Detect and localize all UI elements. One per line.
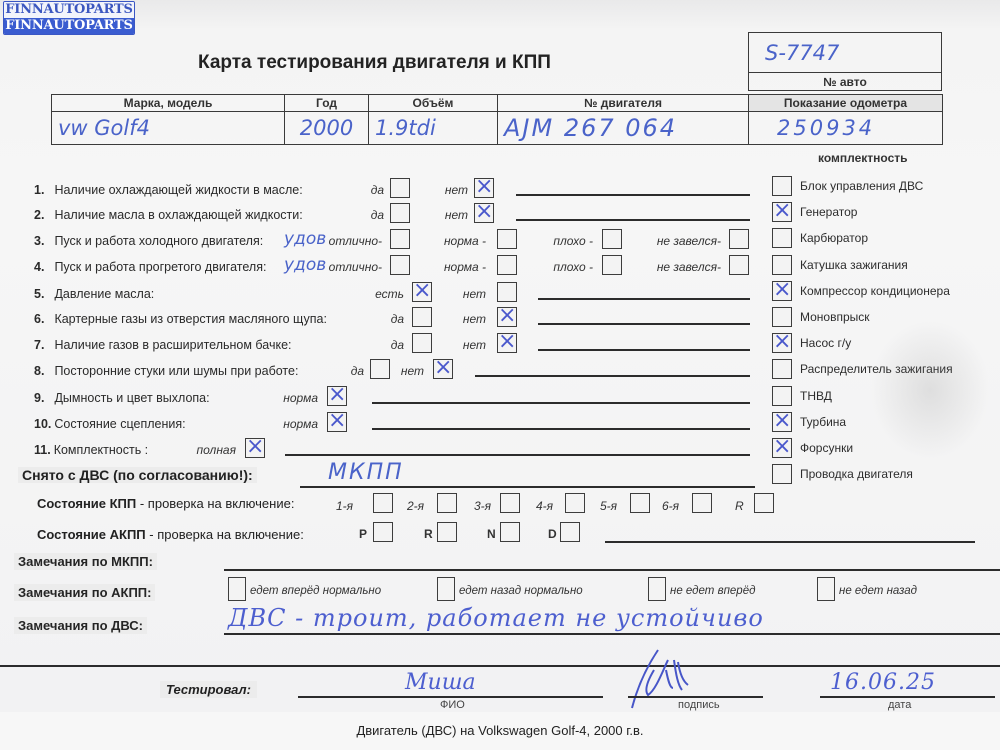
akpp-remark-label: едет назад нормально — [459, 585, 583, 597]
question-text: Посторонние стуки или шумы при работе: — [54, 364, 298, 378]
removed-line — [300, 486, 755, 488]
question-text: Наличие масла в охлаждающей жидкости: — [54, 208, 302, 222]
question-note-line[interactable] — [538, 323, 750, 325]
completeness-checkbox[interactable] — [772, 386, 792, 406]
question-handwritten-note[interactable]: удов — [284, 229, 326, 249]
question-note-line[interactable] — [372, 428, 750, 430]
col-volume: Объём — [369, 95, 498, 112]
akpp-gear-label: D — [548, 527, 557, 541]
test-date[interactable]: 16.06.25 — [830, 670, 936, 695]
option-checkbox[interactable] — [497, 333, 517, 353]
akpp-remark-label: не едет вперёд — [670, 585, 755, 597]
akpp-gear-checkbox[interactable] — [560, 522, 580, 542]
watermark-line-1: FINNAUTOPARTS — [4, 2, 134, 18]
completeness-item: Турбина — [800, 415, 846, 429]
question-text: Давление масла: — [54, 287, 154, 301]
question-text: Картерные газы из отверстия масляного щу… — [54, 312, 326, 326]
option-checkbox[interactable] — [602, 229, 622, 249]
option-checkbox[interactable] — [729, 255, 749, 275]
option-label: да — [351, 364, 364, 378]
kpp-gear-checkbox[interactable] — [754, 493, 774, 513]
question-text: Состояние сцепления: — [54, 417, 185, 431]
option-label: не завелся- — [657, 234, 721, 248]
option-checkbox[interactable] — [497, 229, 517, 249]
option-label: норма - — [444, 234, 486, 248]
option-checkbox[interactable] — [602, 255, 622, 275]
auto-number-label: № авто — [823, 75, 867, 89]
completeness-item: Катушка зажигания — [800, 258, 908, 272]
question-note-line[interactable] — [516, 219, 750, 221]
remarks-mkpp-label: Замечания по МКПП: — [14, 553, 157, 570]
option-checkbox[interactable] — [412, 282, 432, 302]
kpp-gear-checkbox[interactable] — [500, 493, 520, 513]
col-odometer: Показание одометра — [749, 95, 943, 112]
kpp-gear-label: 1-я — [336, 499, 353, 513]
kpp-label-bold: Состояние КПП — [37, 496, 136, 511]
option-checkbox[interactable] — [497, 255, 517, 275]
year-value: 2000 — [300, 116, 353, 140]
option-label: норма - — [444, 260, 486, 274]
volume-value: 1.9tdi — [375, 116, 436, 140]
kpp-gear-label: 4-я — [536, 499, 553, 513]
test-card-sheet: FINNAUTOPARTS FINNAUTOPARTS Карта тестир… — [0, 0, 1000, 712]
completeness-item: Блок управления ДВС — [800, 179, 923, 193]
option-checkbox[interactable] — [412, 333, 432, 353]
completeness-checkbox[interactable] — [772, 333, 792, 353]
question-number: 4. — [34, 260, 44, 274]
kpp-gear-checkbox[interactable] — [437, 493, 457, 513]
completeness-item: Генератор — [800, 205, 857, 219]
question-note-line[interactable] — [285, 454, 750, 456]
option-label: нет — [445, 208, 468, 222]
akpp-remark-label: едет вперёд нормально — [250, 585, 381, 597]
image-caption: Двигатель (ДВС) на Volkswagen Golf-4, 20… — [0, 712, 1000, 750]
option-checkbox[interactable] — [390, 255, 410, 275]
completeness-item: Форсунки — [800, 441, 853, 455]
completeness-checkbox[interactable] — [772, 307, 792, 327]
remarks-dvs-label: Замечания по ДВС: — [14, 617, 147, 634]
question-number: 9. — [34, 391, 44, 405]
option-label: норма — [283, 391, 318, 405]
option-label: да — [391, 312, 404, 326]
akpp-line — [605, 541, 975, 543]
remarks-dvs-line — [224, 633, 1000, 635]
form-title: Карта тестирования двигателя и КПП — [198, 52, 551, 74]
question-number: 6. — [34, 312, 44, 326]
question-text: Комплектность : — [54, 443, 148, 457]
col-engine-number: № двигателя — [498, 95, 749, 112]
name-line — [298, 696, 603, 698]
kpp-gear-label: R — [735, 499, 744, 513]
akpp-gear-checkbox[interactable] — [500, 522, 520, 542]
option-label: отлично- — [329, 260, 382, 274]
completeness-item: Карбюратор — [800, 231, 868, 245]
name-caption: ФИО — [440, 699, 465, 711]
divider-line — [0, 665, 1000, 667]
question-text: Пуск и работа прогретого двигателя: — [54, 260, 266, 274]
akpp-remark-checkbox[interactable] — [437, 577, 455, 601]
completeness-checkbox[interactable] — [772, 228, 792, 248]
completeness-item: Компрессор кондиционера — [800, 284, 950, 298]
kpp-gear-label: 3-я — [474, 499, 491, 513]
option-label: нет — [463, 287, 486, 301]
option-label: плохо - — [553, 234, 593, 248]
removed-value[interactable]: МКПП — [328, 460, 404, 485]
col-year: Год — [285, 95, 369, 112]
question-text: Наличие охлаждающей жидкости в масле: — [54, 183, 302, 197]
question-1: 1.Наличие охлаждающей жидкости в масле: — [34, 183, 303, 197]
auto-number-box: S-7747 № авто — [748, 32, 942, 91]
akpp-label: Состояние АКПП - проверка на включение: — [37, 527, 304, 542]
completeness-item: Распределитель зажигания — [800, 362, 953, 376]
akpp-remark-checkbox[interactable] — [228, 577, 246, 601]
fingerprint-smudge — [870, 320, 990, 460]
option-checkbox[interactable] — [390, 229, 410, 249]
signature-line — [628, 696, 763, 698]
question-note-line[interactable] — [516, 194, 750, 196]
remarks-akpp-label: Замечания по АКПП: — [14, 584, 155, 601]
kpp-gear-label: 2-я — [407, 499, 424, 513]
question-10: 10.Состояние сцепления: — [34, 417, 186, 431]
question-note-line[interactable] — [538, 349, 750, 351]
completeness-item: ТНВД — [800, 389, 832, 403]
engine-number-value: AJM 267 064 — [504, 114, 677, 142]
akpp-remark-checkbox[interactable] — [648, 577, 666, 601]
odometer-value: 250934 — [777, 116, 875, 140]
akpp-remark-label: не едет назад — [839, 585, 917, 597]
option-checkbox[interactable] — [327, 412, 347, 432]
completeness-title: комплектность — [818, 151, 908, 165]
option-checkbox[interactable] — [390, 178, 410, 198]
date-caption: дата — [888, 699, 911, 711]
question-9: 9.Дымность и цвет выхлопа: — [34, 391, 210, 405]
option-label: да — [371, 208, 384, 222]
remarks-dvs-value[interactable]: ДВС - троит, работает не устойчиво — [228, 604, 764, 632]
question-text: Наличие газов в расширительном бачке: — [54, 338, 291, 352]
col-make-model: Марка, модель — [52, 95, 285, 112]
signature-caption: подпись — [678, 699, 720, 711]
completeness-checkbox[interactable] — [772, 412, 792, 432]
option-label: плохо - — [553, 260, 593, 274]
option-label: не завелся- — [657, 260, 721, 274]
kpp-gear-label: 5-я — [600, 499, 617, 513]
question-6: 6.Картерные газы из отверстия масляного … — [34, 312, 327, 326]
date-line — [820, 696, 995, 698]
question-handwritten-note[interactable]: удов — [284, 255, 326, 275]
kpp-label: Состояние КПП - проверка на включение: — [37, 496, 294, 511]
kpp-gear-checkbox[interactable] — [692, 493, 712, 513]
question-text: Пуск и работа холодного двигателя: — [54, 234, 263, 248]
akpp-gear-checkbox[interactable] — [437, 522, 457, 542]
make-model-value: vw Golf4 — [58, 116, 150, 140]
option-label: полная — [197, 443, 236, 457]
question-number: 1. — [34, 183, 44, 197]
completeness-checkbox[interactable] — [772, 281, 792, 301]
question-5: 5.Давление масла: — [34, 287, 154, 301]
akpp-label-bold: Состояние АКПП — [37, 527, 146, 542]
question-11: 11.Комплектность : — [34, 443, 148, 457]
kpp-gear-checkbox[interactable] — [373, 493, 393, 513]
option-label: да — [391, 338, 404, 352]
option-label: нет — [463, 338, 486, 352]
completeness-checkbox[interactable] — [772, 438, 792, 458]
option-checkbox[interactable] — [497, 282, 517, 302]
completeness-checkbox[interactable] — [772, 202, 792, 222]
completeness-checkbox[interactable] — [772, 359, 792, 379]
option-label: норма — [283, 417, 318, 431]
option-checkbox[interactable] — [729, 229, 749, 249]
option-checkbox[interactable] — [390, 203, 410, 223]
question-number: 5. — [34, 287, 44, 301]
vehicle-info-table: Марка, модель Год Объём № двигателя Пока… — [51, 94, 943, 145]
removed-label: Снято с ДВС (по согласованию!): — [18, 467, 257, 483]
option-label: нет — [445, 183, 468, 197]
option-label: отлично- — [329, 234, 382, 248]
tester-name[interactable]: Миша — [405, 670, 476, 695]
option-checkbox[interactable] — [370, 359, 390, 379]
question-3: 3.Пуск и работа холодного двигателя: — [34, 234, 263, 248]
akpp-gear-label: N — [487, 527, 496, 541]
option-checkbox[interactable] — [497, 307, 517, 327]
question-number: 8. — [34, 364, 44, 378]
completeness-checkbox[interactable] — [772, 255, 792, 275]
option-checkbox[interactable] — [474, 178, 494, 198]
completeness-item: Проводка двигателя — [800, 467, 913, 481]
kpp-gear-label: 6-я — [662, 499, 679, 513]
question-number: 11. — [34, 443, 51, 457]
option-checkbox[interactable] — [245, 438, 265, 458]
question-note-line[interactable] — [372, 402, 750, 404]
remarks-mkpp-line[interactable] — [224, 569, 1000, 571]
watermark-line-2: FINNAUTOPARTS — [4, 18, 134, 34]
question-note-line[interactable] — [538, 298, 750, 300]
option-label: нет — [401, 364, 424, 378]
akpp-gear-label: P — [359, 527, 367, 541]
question-2: 2.Наличие масла в охлаждающей жидкости: — [34, 208, 303, 222]
question-7: 7.Наличие газов в расширительном бачке: — [34, 338, 292, 352]
kpp-gear-checkbox[interactable] — [565, 493, 585, 513]
option-checkbox[interactable] — [327, 386, 347, 406]
kpp-label-rest: - проверка на включение: — [136, 496, 294, 511]
option-label: да — [371, 183, 384, 197]
completeness-checkbox[interactable] — [772, 176, 792, 196]
option-checkbox[interactable] — [433, 359, 453, 379]
question-number: 10. — [34, 417, 51, 431]
completeness-item: Моновпрыск — [800, 310, 870, 324]
completeness-checkbox[interactable] — [772, 464, 792, 484]
question-note-line[interactable] — [475, 375, 750, 377]
completeness-item: Насос г/у — [800, 336, 851, 350]
akpp-gear-checkbox[interactable] — [373, 522, 393, 542]
option-label: есть — [375, 287, 404, 301]
watermark-logo: FINNAUTOPARTS FINNAUTOPARTS — [3, 1, 135, 35]
option-checkbox[interactable] — [474, 203, 494, 223]
option-checkbox[interactable] — [412, 307, 432, 327]
akpp-gear-label: R — [424, 527, 433, 541]
question-4: 4.Пуск и работа прогретого двигателя: — [34, 260, 266, 274]
question-8: 8.Посторонние стуки или шумы при работе: — [34, 364, 298, 378]
question-text: Дымность и цвет выхлопа: — [54, 391, 209, 405]
kpp-gear-checkbox[interactable] — [630, 493, 650, 513]
akpp-label-rest: - проверка на включение: — [146, 527, 304, 542]
auto-number-value: S-7747 — [765, 41, 839, 65]
question-number: 2. — [34, 208, 44, 222]
akpp-remark-checkbox[interactable] — [817, 577, 835, 601]
question-number: 3. — [34, 234, 44, 248]
option-label: нет — [463, 312, 486, 326]
question-number: 7. — [34, 338, 44, 352]
tested-label: Тестировал: — [160, 681, 257, 698]
